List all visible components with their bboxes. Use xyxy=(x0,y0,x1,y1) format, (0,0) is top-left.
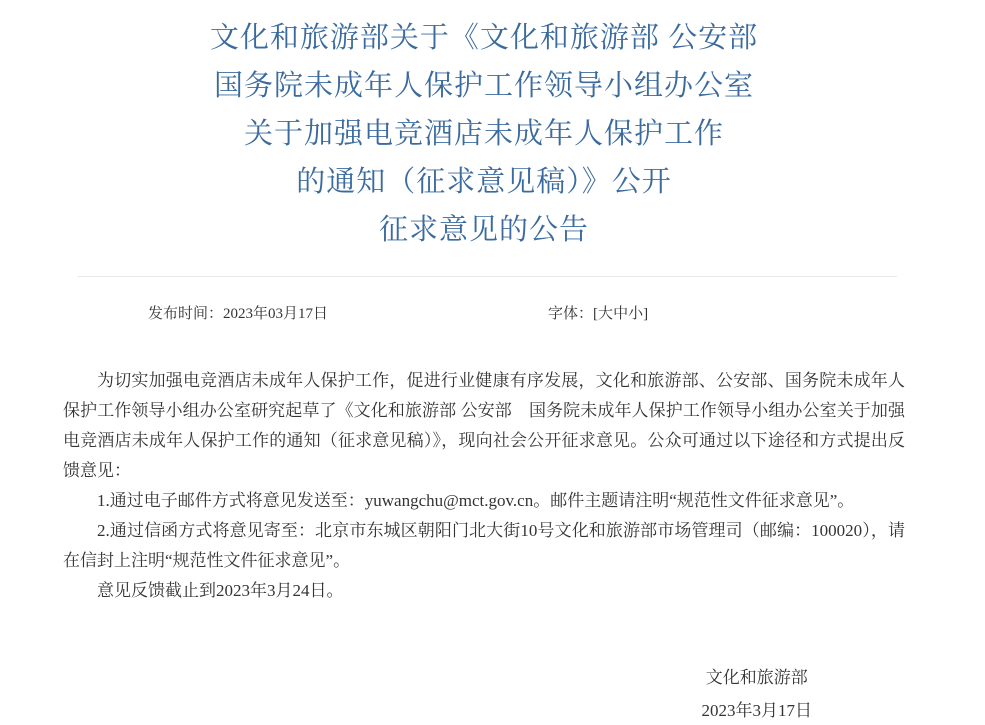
font-size-medium-button[interactable]: 中 xyxy=(613,306,628,322)
title-line-3: 关于加强电竞酒店未成年人保护工作 xyxy=(63,110,905,158)
body-paragraph-mail: 2.通过信函方式将意见寄至：北京市东城区朝阳门北大街10号文化和旅游部市场管理司… xyxy=(63,516,905,576)
publish-time: 发布时间：2023年03月17日 xyxy=(148,304,328,324)
font-size-label: 字体： xyxy=(548,306,593,322)
body-paragraph-intro: 为切实加强电竞酒店未成年人保护工作，促进行业健康有序发展，文化和旅游部、公安部、… xyxy=(63,366,905,486)
font-size-bracket-close: ] xyxy=(643,306,648,322)
signature-issuer: 文化和旅游部 xyxy=(702,661,813,694)
document-body: 为切实加强电竞酒店未成年人保护工作，促进行业健康有序发展，文化和旅游部、公安部、… xyxy=(63,366,905,606)
font-size-small-button[interactable]: 小 xyxy=(628,306,643,322)
font-size-large-button[interactable]: 大 xyxy=(598,306,613,322)
title-line-5: 征求意见的公告 xyxy=(63,206,905,254)
signature-date: 2023年3月17日 xyxy=(702,694,813,725)
title-line-1: 文化和旅游部关于《文化和旅游部 公安部 xyxy=(63,14,905,62)
signature-block: 文化和旅游部 2023年3月17日 xyxy=(702,661,813,725)
publish-time-label: 发布时间： xyxy=(148,306,223,322)
title-divider xyxy=(78,276,897,277)
publish-time-value: 2023年03月17日 xyxy=(223,306,328,322)
font-size-controls: 字体：[大中小] xyxy=(548,304,648,324)
title-line-4: 的通知（征求意见稿）》公开 xyxy=(63,158,905,206)
body-paragraph-email: 1.通过电子邮件方式将意见发送至：yuwangchu@mct.gov.cn。邮件… xyxy=(63,486,905,516)
page-title: 文化和旅游部关于《文化和旅游部 公安部 国务院未成年人保护工作领导小组办公室 关… xyxy=(63,14,905,254)
announcement-page: 文化和旅游部关于《文化和旅游部 公安部 国务院未成年人保护工作领导小组办公室 关… xyxy=(0,0,985,725)
body-paragraph-deadline: 意见反馈截止到2023年3月24日。 xyxy=(63,576,905,606)
meta-row: 发布时间：2023年03月17日 字体：[大中小] xyxy=(63,304,905,324)
title-line-2: 国务院未成年人保护工作领导小组办公室 xyxy=(63,62,905,110)
